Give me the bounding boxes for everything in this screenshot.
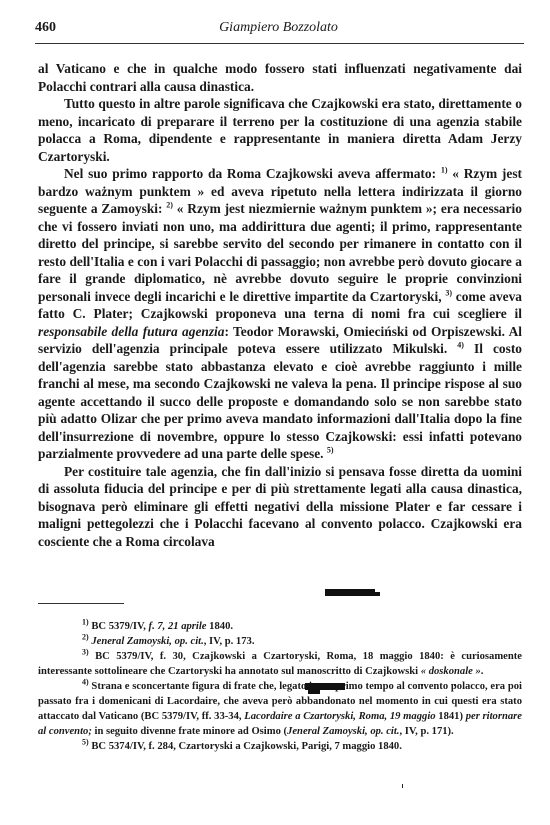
footnote-ref-4[interactable]: 4) bbox=[457, 341, 464, 350]
scan-speck bbox=[454, 684, 456, 686]
paragraph-3-text: Il costo dell'agenzia sarebbe stato abba… bbox=[38, 341, 522, 461]
scan-artifact-blot bbox=[325, 589, 375, 596]
main-text: al Vaticano e che in qualche modo fosser… bbox=[38, 60, 522, 550]
paragraph-3-italic: responsabile della futura agenzia bbox=[38, 324, 224, 339]
footnote-separator bbox=[38, 603, 124, 604]
running-head-author: Giampiero Bozzolato bbox=[35, 20, 522, 36]
footnote-marker: 5) bbox=[82, 737, 89, 746]
footnote-italic: Lacordaire a Czartoryski, Roma, 19 maggi… bbox=[244, 711, 435, 722]
footnotes: 1) BC 5379/IV, f. 7, 21 aprile 1840. 2) … bbox=[38, 619, 522, 754]
paragraph-3: Nel suo primo rapporto da Roma Czajkowsk… bbox=[38, 165, 522, 463]
paragraph-3-text: Nel suo primo rapporto da Roma Czajkowsk… bbox=[64, 166, 436, 181]
footnote-text: BC 5374/IV, f. 284, Czartoryski a Czajko… bbox=[91, 741, 402, 752]
footnote-ref-1[interactable]: 1) bbox=[441, 166, 448, 175]
paragraph-2: Tutto questo in altre parole significava… bbox=[38, 95, 522, 165]
scan-artifact-blot bbox=[308, 690, 320, 694]
footnote-1: 1) BC 5379/IV, f. 7, 21 aprile 1840. bbox=[38, 619, 522, 634]
paragraph-4: Per costituire tale agenzia, che fin dal… bbox=[38, 463, 522, 551]
footnote-text: 1840. bbox=[209, 621, 233, 632]
footnote-marker: 3) bbox=[82, 647, 89, 656]
footnote-text: 1841) bbox=[438, 711, 463, 722]
footnote-italic: « doskonale » bbox=[421, 666, 481, 677]
footnote-italic: f. 7, 21 aprile bbox=[149, 621, 207, 632]
scan-artifact-blot bbox=[375, 592, 380, 596]
scan-speck bbox=[421, 684, 423, 686]
header-rule bbox=[35, 43, 524, 44]
footnote-text: , IV, p. 171). bbox=[399, 726, 453, 737]
footnote-text: . bbox=[481, 666, 484, 677]
footnote-ref-3[interactable]: 3) bbox=[445, 288, 452, 297]
footnote-4: 4) Strana e sconcertante figura di frate… bbox=[38, 679, 522, 739]
scan-speck bbox=[402, 784, 403, 788]
footnote-3: 3) BC 5379/IV, f. 30, Czajkowski a Czart… bbox=[38, 649, 522, 679]
scan-artifact-blot bbox=[305, 683, 345, 690]
footnote-2: 2) Jeneral Zamoyski, op. cit., IV, p. 17… bbox=[38, 634, 522, 649]
footnote-ref-5[interactable]: 5) bbox=[327, 446, 334, 455]
footnote-italic: Jeneral Zamoyski, op. cit. bbox=[91, 636, 203, 647]
footnote-italic: Jeneral Zamoyski, op. cit. bbox=[287, 726, 399, 737]
footnote-marker: 1) bbox=[82, 617, 89, 626]
scanned-book-page: 460 Giampiero Bozzolato al Vaticano e ch… bbox=[0, 0, 550, 825]
footnote-text: in seguito divenne frate minore ad Osimo… bbox=[95, 726, 288, 737]
footnote-text: BC 5379/IV, bbox=[91, 621, 146, 632]
footnote-text: , IV, p. 173. bbox=[204, 636, 255, 647]
footnote-5: 5) BC 5374/IV, f. 284, Czartoryski a Cza… bbox=[38, 739, 522, 754]
page-header: 460 Giampiero Bozzolato bbox=[35, 20, 522, 38]
footnote-marker: 4) bbox=[82, 677, 89, 686]
footnote-ref-2[interactable]: 2) bbox=[166, 201, 173, 210]
footnote-marker: 2) bbox=[82, 632, 89, 641]
paragraph-1: al Vaticano e che in qualche modo fosser… bbox=[38, 60, 522, 95]
